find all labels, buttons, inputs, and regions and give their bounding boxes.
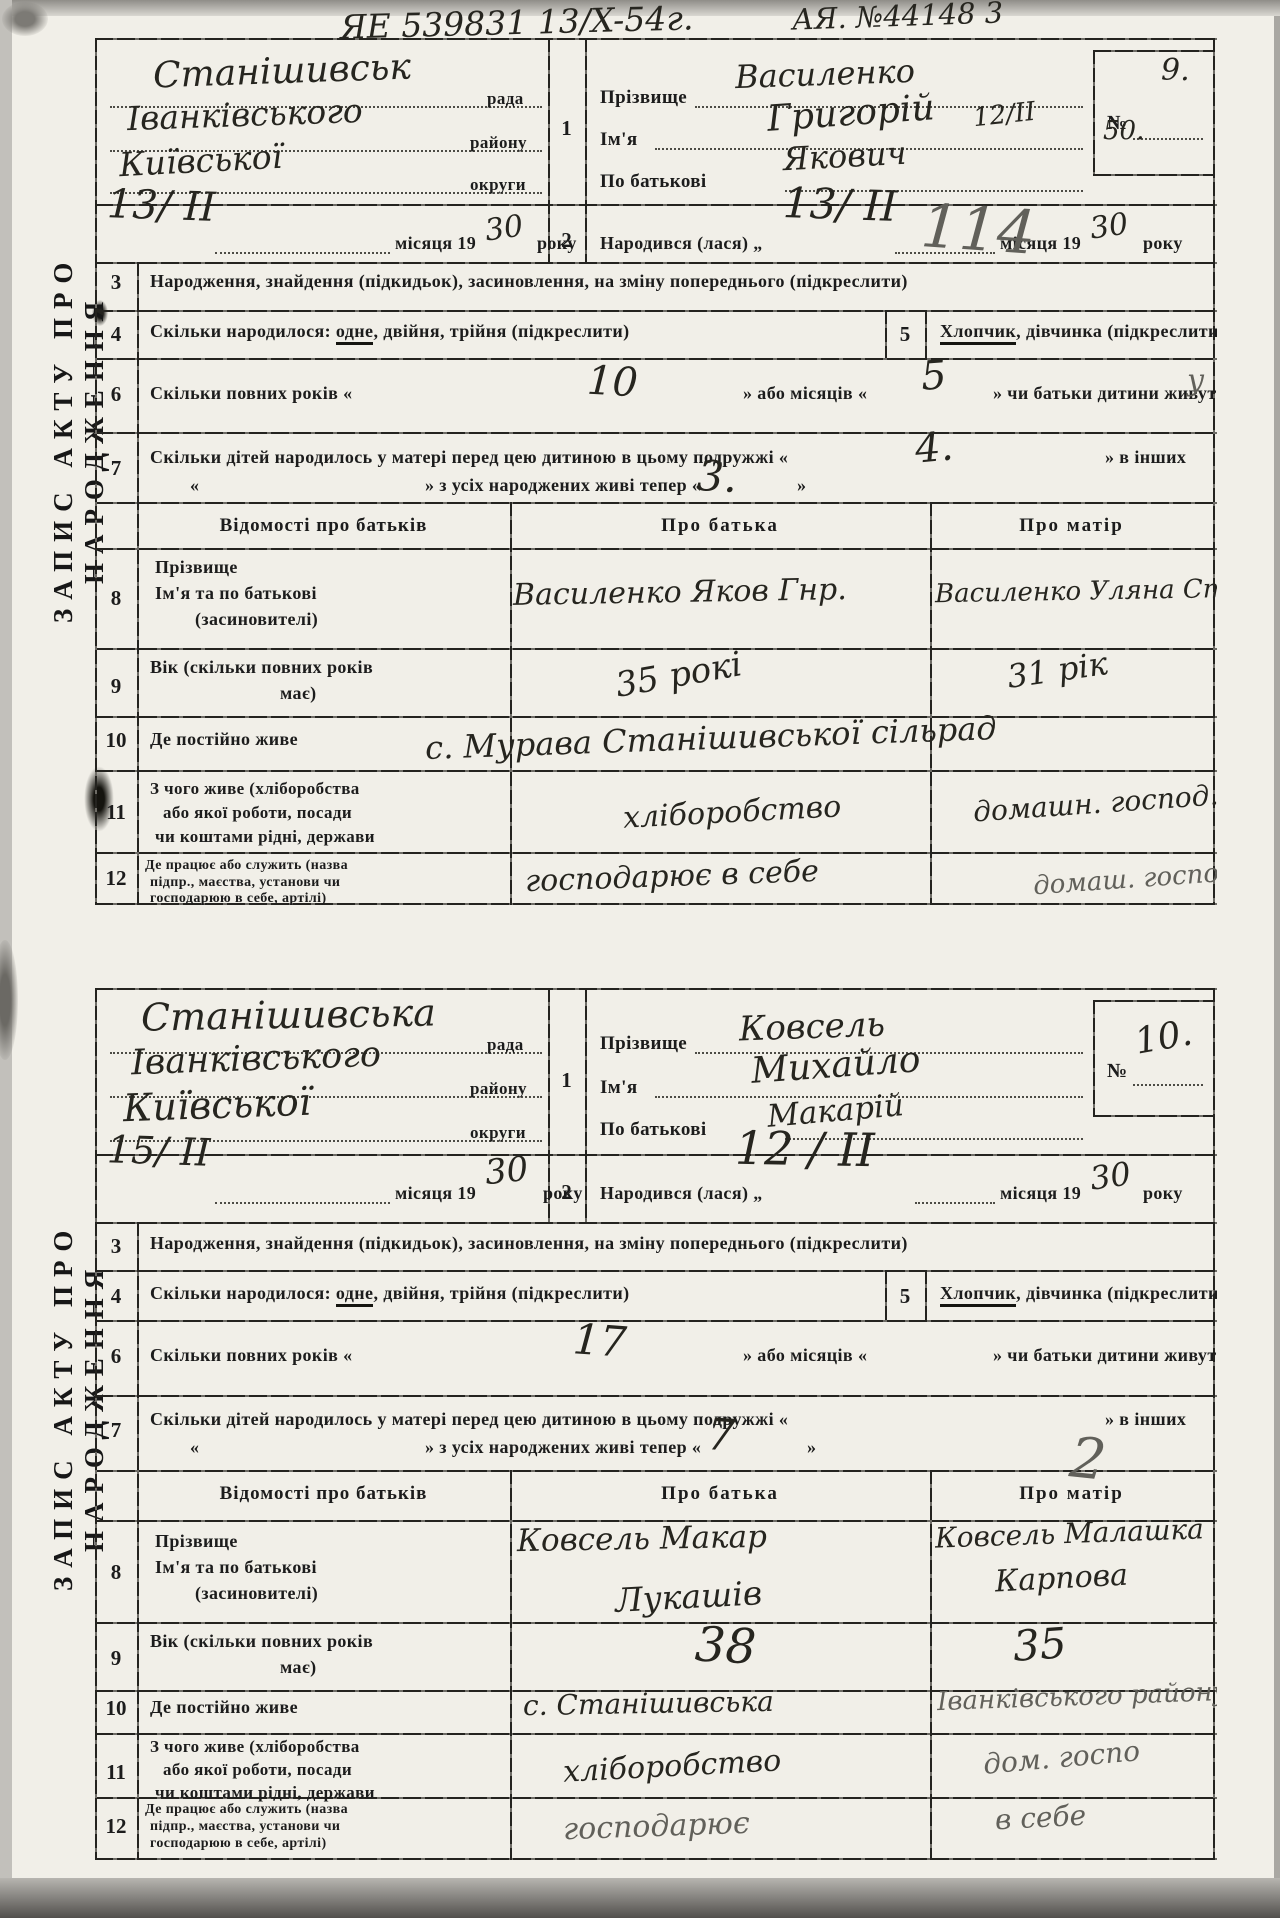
firstname-label: Ім'я [600,1078,638,1099]
row8-label-1: Прізвище [155,1532,238,1552]
rule [925,1270,927,1320]
rule [95,1858,1217,1860]
mother-livelihood-value: домашн. господ. [972,781,1217,826]
row7-label-c: » з усіх народжених живі тепер « [425,476,701,496]
father-name-line1: Ковсель Макар [517,1522,767,1557]
about-mother-header: Про матір [930,516,1213,537]
row-number-10: 10 [95,1696,137,1721]
father-livelihood-value: хліборобство [622,792,842,833]
born-year-label: року [1143,234,1183,254]
row7-close-quote: » [807,1438,816,1458]
born-label: Народився (лася) „ [600,234,763,254]
rule [95,716,1217,718]
row7-open-quote: « [190,1438,199,1458]
row12-label-3: господарюю в себе, артілі) [150,1836,327,1851]
number-box-border [1093,1000,1095,1115]
row6-label-a: Скільки повних років « [150,1346,353,1366]
number-box-border [1093,50,1095,174]
child-patronymic-value: Якович [782,137,907,175]
mother-residence-value: Іванківського району [937,1679,1217,1715]
record-number-value: 9. [1161,56,1190,86]
row-number-7: 7 [95,1418,137,1443]
month-19-label: місяця 19 [395,234,476,254]
fill-line [1133,1084,1203,1086]
rule [1213,38,1215,905]
children-alive-value: 3. [696,455,738,499]
about-father-header: Про батька [510,516,930,537]
row12-label-1: Де працює або служить (назва [145,1802,348,1817]
council-label: рада [487,90,524,109]
row3-label: Народження, знайдення (підкидьок), засин… [150,272,908,292]
row12-label-3: господарюю в себе, артілі) [150,891,327,906]
council-value: Станішивська [141,993,436,1036]
rule [95,1470,1217,1472]
patronymic-label: По батькові [600,1120,707,1141]
row8-label-2: Ім'я та по батькові [155,1558,317,1578]
born-year-value: 30 [1088,209,1130,244]
district-label: району [470,1080,527,1099]
row-number-7: 7 [95,456,137,481]
row4-label: Скільки народилося: одне, двійня, трійня… [150,322,630,342]
row-number-4: 4 [95,1284,137,1309]
side-caption-record1: ЗАПИС АКТУ ПРО НАРОДЖЕННЯ [48,132,92,744]
row-number-11: 11 [95,1760,137,1785]
father-workplace-value: господарює [563,1809,751,1845]
underlined-word-boy: Хлопчик [940,1283,1016,1307]
full-years-value: 17 [572,1318,628,1364]
district-value: Іванківського [130,1038,381,1082]
child-surname-value: Ковсель [738,1007,885,1046]
parents-info-header: Відомості про батьків [137,516,510,537]
surname-label: Прізвище [600,88,687,109]
rule [137,262,139,905]
row-number-4: 4 [95,322,137,347]
row-number-8: 8 [95,1560,137,1585]
child-surname-value: Василенко [734,55,915,93]
row-number-10: 10 [95,728,137,753]
row9-label-1: Вік (скільки повних років [150,1632,373,1652]
row-number-2: 2 [548,228,585,253]
rule [95,548,1217,550]
rule [95,38,1217,40]
row12-label-1: Де працює або служить (назва [145,858,348,873]
row-number-1: 1 [548,116,585,141]
row5-text-b: , дівчинка (підкреслити) [1016,1283,1217,1303]
row4-text-b: , двійня, трійня (підкреслити) [373,321,629,341]
row10-label: Де постійно живе [150,730,298,750]
series-stamp-number: АЯ. №44148 3 [792,0,1004,35]
row-number-3: 3 [95,1234,137,1259]
rule [95,1154,1217,1156]
father-age-value: 35 рокі [613,647,744,703]
rule [95,1320,1217,1322]
underlined-word-boy: Хлопчик [940,321,1016,345]
rule [930,1470,932,1860]
row4-label: Скільки народилося: одне, двійня, трійня… [150,1284,630,1304]
full-months-value: 5 [920,355,948,397]
margin-mark-value: 114 [919,196,1037,264]
row9-label-2: має) [280,1658,317,1678]
mother-name-line2: Карпова [994,1561,1128,1598]
row7-label-b: » в інших [1105,448,1186,468]
district-value: Іванківського [126,94,363,135]
birth-record-form-1: рада району округи Станішивськ Іванківсь… [95,38,1217,907]
rule [95,1395,1217,1397]
number-box-border [1093,1000,1215,1002]
rule [95,204,1217,206]
row12-label-2: підпр., маєства, установи чи [150,875,340,890]
rule [95,262,1217,264]
father-residence-value: с. Станішивська [523,1688,774,1720]
father-age-value: 38 [694,1620,758,1671]
row11-label-2: або якої роботи, посади [163,804,352,823]
row9-label-2: має) [280,684,317,704]
parents-info-header: Відомості про батьків [137,1484,510,1505]
row6-label-a: Скільки повних років « [150,384,353,404]
row8-label-2: Ім'я та по батькові [155,584,317,604]
father-fullname-value: Василенко Яков Гнр. [513,575,847,611]
number-box-border [1093,50,1215,52]
rule [1213,988,1215,1860]
row11-label-1: З чого живе (хліборобства [150,780,360,799]
born-date-value: 12 / ІІ [735,1125,875,1173]
row11-label-3: чи коштами рідні, держави [155,828,375,847]
born-month-19-label: місяця 19 [1000,1184,1081,1204]
date-margin-note: 12/ІІ [972,99,1037,131]
rule [510,502,512,905]
rule [95,502,1217,504]
mother-name-line1: Ковсель Малашка [935,1515,1205,1552]
rule [137,1222,139,1860]
row4-text-a: Скільки народилося: [150,1283,336,1303]
row6-label-c: » чи батьки дитини живуть вкупі [993,384,1217,404]
fill-line [215,1202,390,1204]
about-mother-header: Про матір [930,1484,1213,1505]
scanned-birth-record-page: { "page": { "stamp_top_left": "ЯЕ 539831… [0,0,1280,1918]
child-name-value: Григорій [766,90,936,138]
row7-label-c: » з усіх народжених живі тепер « [425,1438,701,1458]
row-number-3: 3 [95,270,137,295]
row-number-1: 1 [548,1068,585,1093]
children-alive-value: 7 [705,1413,736,1459]
row6-label-c: » чи батьки дитини живуть вкупі [993,1346,1217,1366]
row7-close-quote: » [797,476,806,496]
rule [585,38,587,262]
rule [95,648,1217,650]
number-box-border [1093,174,1215,176]
row4-text-b: , двійня, трійня (підкреслити) [373,1283,629,1303]
okruha-label: округи [470,176,526,195]
rule [925,310,927,358]
number-box-border [1093,1115,1215,1117]
corner-smudge [2,2,48,36]
full-years-value: 10 [586,361,639,404]
record-number-label: № [1107,1060,1128,1082]
row6-label-b: » або місяців « [743,1346,867,1366]
underlined-word-one: одне [336,1283,374,1307]
row4-text-a: Скільки народилося: [150,321,336,341]
mother-livelihood-value: дом. госпо [982,1737,1141,1779]
row-number-9: 9 [95,674,137,699]
rule [95,988,1217,990]
row-number-12: 12 [95,866,137,891]
born-date-value: 13/ ІІ [782,182,898,228]
record-number-value: 10. [1132,1015,1195,1060]
row8-label-3: (засиновителі) [195,610,318,630]
okruha-value: Київської [122,1083,311,1128]
fill-line [915,1202,995,1204]
mother-workplace-value: домаш. господ. [1032,859,1217,900]
registration-date-value: 15/ ІІ [106,1130,211,1172]
father-livelihood-value: хліборобство [562,1746,782,1787]
fill-line [215,252,390,254]
council-value: Станішивськ [152,50,411,95]
rule [95,358,1217,360]
patronymic-label: По батькові [600,172,707,193]
row8-label-3: (засиновителі) [195,1584,318,1604]
rule [930,502,932,905]
row-number-6: 6 [95,382,137,407]
row7-label-a: Скільки дітей народилось у матері перед … [150,1410,788,1430]
children-before-value: 4. [913,426,955,469]
mother-column-scribble: 2 [1067,1430,1108,1489]
birth-record-form-2: рада району округи Станішивська Іванківс… [95,988,1217,1918]
born-year-label: року [1143,1184,1183,1204]
row-number-5: 5 [885,1284,925,1309]
row7-label-a: Скільки дітей народилось у матері перед … [150,448,788,468]
row-number-8: 8 [95,586,137,611]
row11-label-1: З чого живе (хліборобства [150,1738,360,1757]
mother-age-value: 31 рік [1005,647,1109,693]
row-number-6: 6 [95,1344,137,1369]
row-number-2: 2 [548,1180,585,1205]
mother-fullname-value: Василенко Уляна Степан. [935,575,1217,607]
side-caption-record2: ЗАПИС АКТУ ПРО НАРОДЖЕННЯ [48,1086,92,1726]
firstname-label: Ім'я [600,130,638,151]
rule [95,1733,1217,1735]
rule [585,988,587,1222]
row9-label-1: Вік (скільки повних років [150,658,373,678]
row6-label-b: » або місяців « [743,384,867,404]
child-name-value: Михайло [750,1042,922,1090]
row5-text-b: , дівчинка (підкреслити) [1016,321,1217,341]
row12-label-2: підпр., маєства, установи чи [150,1819,340,1834]
born-year-value: 30 [1088,1157,1133,1194]
row-number-12: 12 [95,1814,137,1839]
mother-workplace-value: в себе [994,1802,1086,1835]
rule [510,1470,512,1860]
registration-date-value: 13/ ІІ [106,184,216,228]
month-19-label: місяця 19 [395,1184,476,1204]
row-number-11: 11 [95,800,137,825]
row10-label: Де постійно живе [150,1698,298,1718]
row5-label: Хлопчик, дівчинка (підкреслити) [940,1284,1217,1304]
row7-open-quote: « [190,476,199,496]
row-number-9: 9 [95,1646,137,1671]
father-workplace-value: господарює в себе [525,857,820,897]
row5-label: Хлопчик, дівчинка (підкреслити) [940,322,1217,342]
record-number-extra: 50. [1103,118,1144,144]
rule [95,852,1217,854]
council-label: рада [487,1036,524,1055]
about-father-header: Про батька [510,1484,930,1505]
row11-label-2: або якої роботи, посади [163,1761,352,1780]
rule [95,432,1217,434]
registration-year-value: 30 [483,211,525,246]
district-label: району [470,134,527,153]
surname-label: Прізвище [600,1034,687,1055]
father-name-line2: Лукашів [614,1576,763,1617]
rule [95,770,1217,772]
row11-label-3: чи коштами рідні, держави [155,1784,375,1803]
okruha-value: Київської [118,140,283,181]
born-label: Народився (лася) „ [600,1184,763,1204]
row-number-5: 5 [885,322,925,347]
row7-label-b: » в інших [1105,1410,1186,1430]
okruha-label: округи [470,1124,526,1143]
row8-label-1: Прізвище [155,558,238,578]
registration-year-value: 30 [483,1152,530,1190]
mother-age-value: 35 [1012,1622,1068,1668]
rule [95,1222,1217,1224]
row3-label: Народження, знайдення (підкидьок), засин… [150,1234,908,1254]
rule [95,310,1217,312]
rule [95,1270,1217,1272]
row6-margin-scribble: у [1187,366,1204,396]
underlined-word-one: одне [336,321,374,345]
